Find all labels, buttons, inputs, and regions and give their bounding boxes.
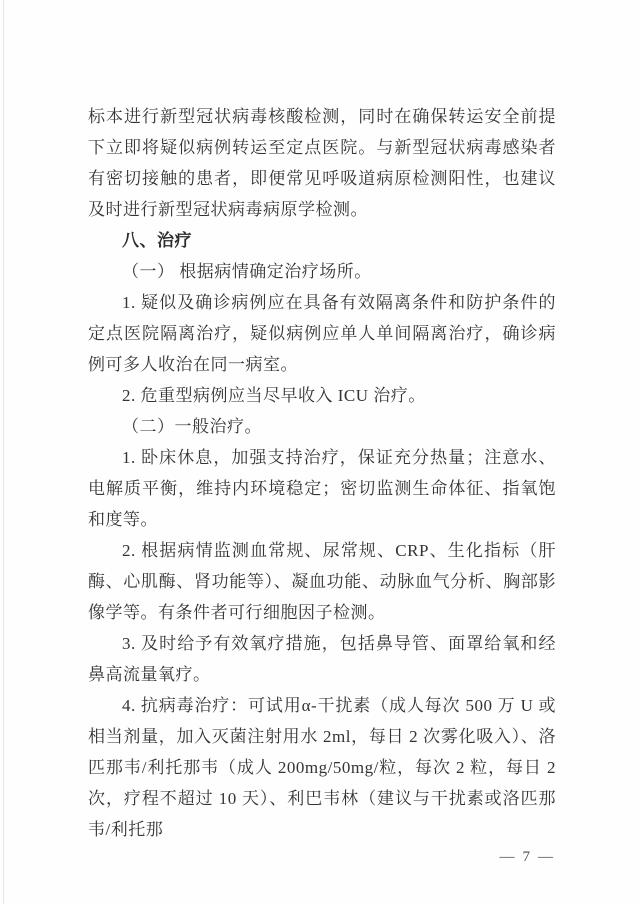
footer-dash-left: —	[500, 849, 516, 865]
page-number: —7—	[500, 849, 555, 866]
document-page: 标本进行新型冠状病毒核酸检测，同时在确保转运安全前提下立即将疑似病例转运至定点医…	[0, 0, 640, 904]
paragraph-icu-admission: 2. 危重型病例应当尽早收入 ICU 治疗。	[88, 380, 556, 411]
paragraph-continuation-testing: 标本进行新型冠状病毒核酸检测，同时在确保转运安全前提下立即将疑似病例转运至定点医…	[88, 101, 556, 225]
scan-edge-line	[3, 0, 4, 904]
section-heading-treatment: 八、治疗	[88, 225, 556, 256]
paragraph-antiviral-treatment: 4. 抗病毒治疗：可试用α-干扰素（成人每次 500 万 U 或相当剂量，加入灭…	[88, 690, 556, 845]
paragraph-monitoring-indicators: 2. 根据病情监测血常规、尿常规、CRP、生化指标（肝酶、心肌酶、肾功能等）、凝…	[88, 535, 556, 628]
subsection-heading-general-treatment: （二）一般治疗。	[88, 411, 556, 442]
paragraph-bed-rest: 1. 卧床休息，加强支持治疗，保证充分热量；注意水、电解质平衡，维持内环境稳定；…	[88, 442, 556, 535]
paragraph-isolation-treatment: 1. 疑似及确诊病例应在具备有效隔离条件和防护条件的定点医院隔离治疗，疑似病例应…	[88, 287, 556, 380]
footer-number: 7	[516, 849, 539, 865]
subsection-heading-treatment-location: （一） 根据病情确定治疗场所。	[88, 256, 556, 287]
paragraph-oxygen-therapy: 3. 及时给予有效氧疗措施，包括鼻导管、面罩给氧和经鼻高流量氧疗。	[88, 628, 556, 690]
document-body: 标本进行新型冠状病毒核酸检测，同时在确保转运安全前提下立即将疑似病例转运至定点医…	[88, 101, 556, 845]
footer-dash-right: —	[538, 849, 554, 865]
